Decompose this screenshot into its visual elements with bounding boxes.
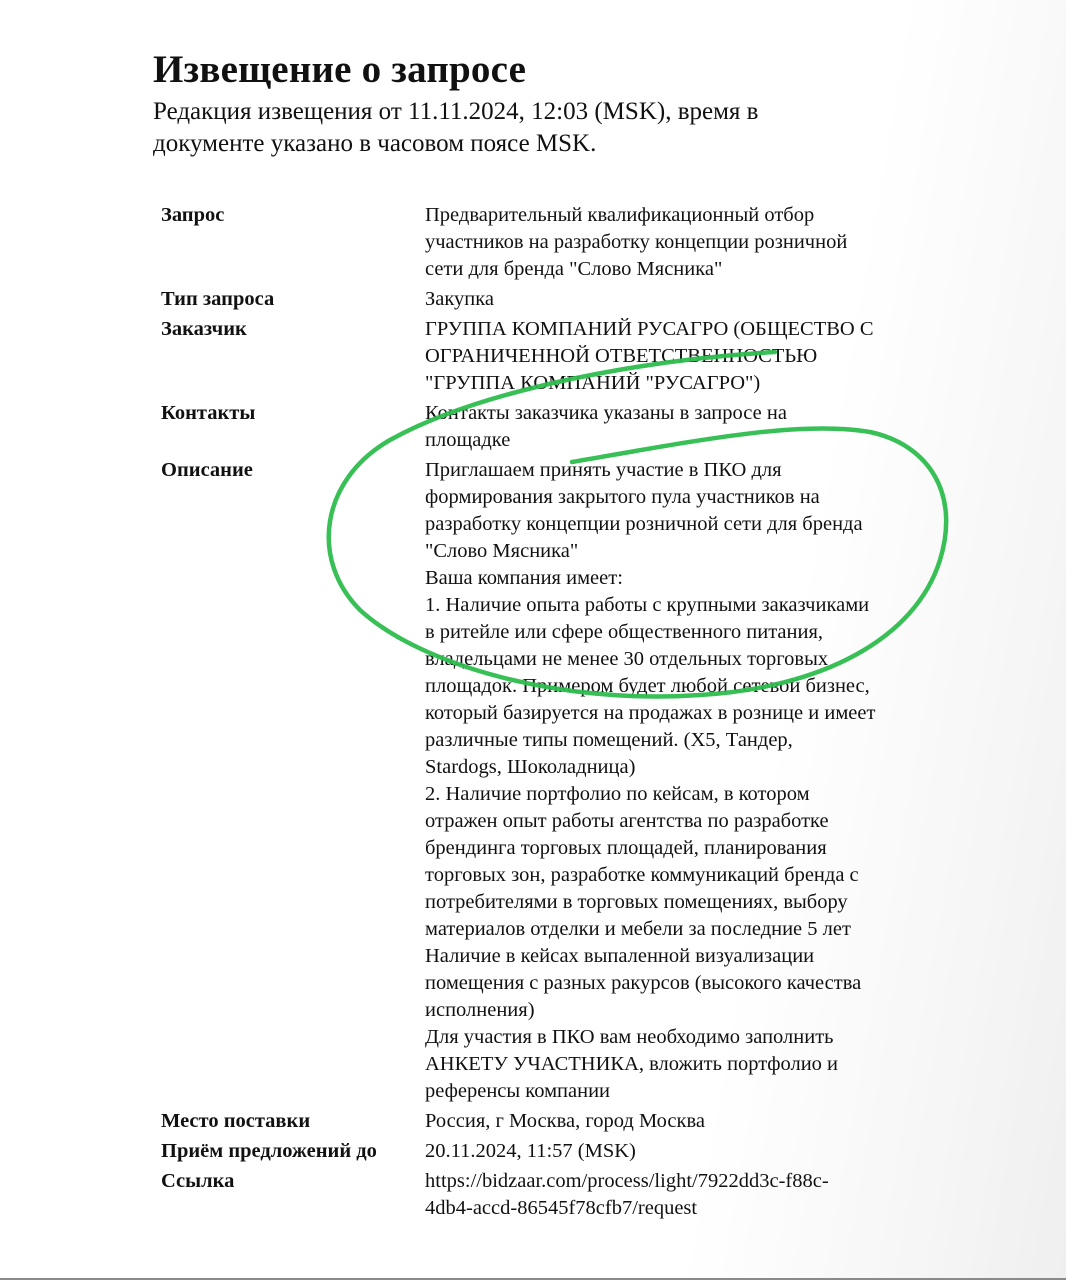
value-line: торговых зон, разработке коммуникаций бр… — [425, 862, 945, 889]
value-line: разработку концепции розничной сети для … — [425, 511, 945, 538]
value-line: исполнения) — [425, 997, 945, 1024]
value-line: Для участия в ПКО вам необходимо заполни… — [425, 1024, 945, 1051]
value-line: площадке — [425, 427, 945, 454]
value-line: Закупка — [425, 286, 945, 313]
value-line: помещения с разных ракурсов (высокого ка… — [425, 970, 945, 997]
value-line: материалов отделки и мебели за последние… — [425, 916, 945, 943]
field-value: Закупка — [425, 283, 945, 313]
value-line: площадок. Примером будет любой сетевой б… — [425, 673, 945, 700]
value-line: "ГРУППА КОМПАНИЙ "РУСАГРО") — [425, 370, 945, 397]
value-line: брендинга торговых площадей, планировани… — [425, 835, 945, 862]
field-value: 20.11.2024, 11:57 (MSK) — [425, 1135, 945, 1165]
field-row-contacts: Контакты Контакты заказчика указаны в за… — [161, 397, 945, 454]
field-label: Запрос — [161, 202, 425, 283]
field-row-description: Описание Приглашаем принять участие в ПК… — [161, 454, 945, 1105]
value-line: потребителями в торговых помещениях, выб… — [425, 889, 945, 916]
value-line: Stardogs, Шоколадница) — [425, 754, 945, 781]
link-line[interactable]: https://bidzaar.com/process/light/7922dd… — [425, 1168, 945, 1195]
field-row-request: Запрос Предварительный квалификационный … — [161, 202, 945, 283]
value-line: Приглашаем принять участие в ПКО для — [425, 457, 945, 484]
value-line: Россия, г Москва, город Москва — [425, 1108, 945, 1135]
value-line: формирования закрытого пула участников н… — [425, 484, 945, 511]
document-header: Извещение о запросе Редакция извещения о… — [153, 44, 973, 160]
value-line: участников на разработку концепции розни… — [425, 229, 945, 256]
value-line: Предварительный квалификационный отбор — [425, 202, 945, 229]
page-title: Извещение о запросе — [153, 44, 973, 96]
field-value: Приглашаем принять участие в ПКО для фор… — [425, 454, 945, 1105]
field-row-delivery-place: Место поставки Россия, г Москва, город М… — [161, 1105, 945, 1135]
value-line: владельцами не менее 30 отдельных торгов… — [425, 646, 945, 673]
field-label: Приём предложений до — [161, 1135, 425, 1165]
revision-note-line: Редакция извещения от 11.11.2024, 12:03 … — [153, 96, 893, 128]
value-line: АНКЕТУ УЧАСТНИКА, вложить портфолио и — [425, 1051, 945, 1078]
link-line[interactable]: 4db4-accd-86545f78cfb7/request — [425, 1195, 945, 1222]
value-line: 2. Наличие портфолио по кейсам, в которо… — [425, 781, 945, 808]
field-row-request-type: Тип запроса Закупка — [161, 283, 945, 313]
field-label: Место поставки — [161, 1105, 425, 1135]
field-value: Россия, г Москва, город Москва — [425, 1105, 945, 1135]
value-line: "Слово Мясника" — [425, 538, 945, 565]
revision-note: Редакция извещения от 11.11.2024, 12:03 … — [153, 96, 893, 160]
field-label: Описание — [161, 454, 425, 1105]
field-label: Контакты — [161, 397, 425, 454]
value-line: ОГРАНИЧЕННОЙ ОТВЕТСТВЕННОСТЬЮ — [425, 343, 945, 370]
field-row-link: Ссылка https://bidzaar.com/process/light… — [161, 1165, 945, 1222]
field-value: Контакты заказчика указаны в запросе на … — [425, 397, 945, 454]
value-line: ГРУППА КОМПАНИЙ РУСАГРО (ОБЩЕСТВО С — [425, 316, 945, 343]
field-label: Ссылка — [161, 1165, 425, 1222]
value-line: сети для бренда "Слово Мясника" — [425, 256, 945, 283]
field-row-deadline: Приём предложений до 20.11.2024, 11:57 (… — [161, 1135, 945, 1165]
field-value: ГРУППА КОМПАНИЙ РУСАГРО (ОБЩЕСТВО С ОГРА… — [425, 313, 945, 397]
value-line: Контакты заказчика указаны в запросе на — [425, 400, 945, 427]
revision-note-line: документе указано в часовом поясе MSK. — [153, 128, 893, 160]
value-line: 1. Наличие опыта работы с крупными заказ… — [425, 592, 945, 619]
field-row-customer: Заказчик ГРУППА КОМПАНИЙ РУСАГРО (ОБЩЕСТ… — [161, 313, 945, 397]
field-label: Заказчик — [161, 313, 425, 397]
value-line: Наличие в кейсах выпаленной визуализации — [425, 943, 945, 970]
value-line: отражен опыт работы агентства по разрабо… — [425, 808, 945, 835]
field-value: Предварительный квалификационный отбор у… — [425, 202, 945, 283]
notice-fields-table: Запрос Предварительный квалификационный … — [161, 202, 945, 1222]
value-line: который базируется на продажах в рознице… — [425, 700, 945, 727]
field-label: Тип запроса — [161, 283, 425, 313]
value-line: различные типы помещений. (Х5, Тандер, — [425, 727, 945, 754]
field-value-link[interactable]: https://bidzaar.com/process/light/7922dd… — [425, 1165, 945, 1222]
value-line: в ритейле или сфере общественного питани… — [425, 619, 945, 646]
value-line: 20.11.2024, 11:57 (MSK) — [425, 1138, 945, 1165]
value-line: Ваша компания имеет: — [425, 565, 945, 592]
value-line: референсы компании — [425, 1078, 945, 1105]
